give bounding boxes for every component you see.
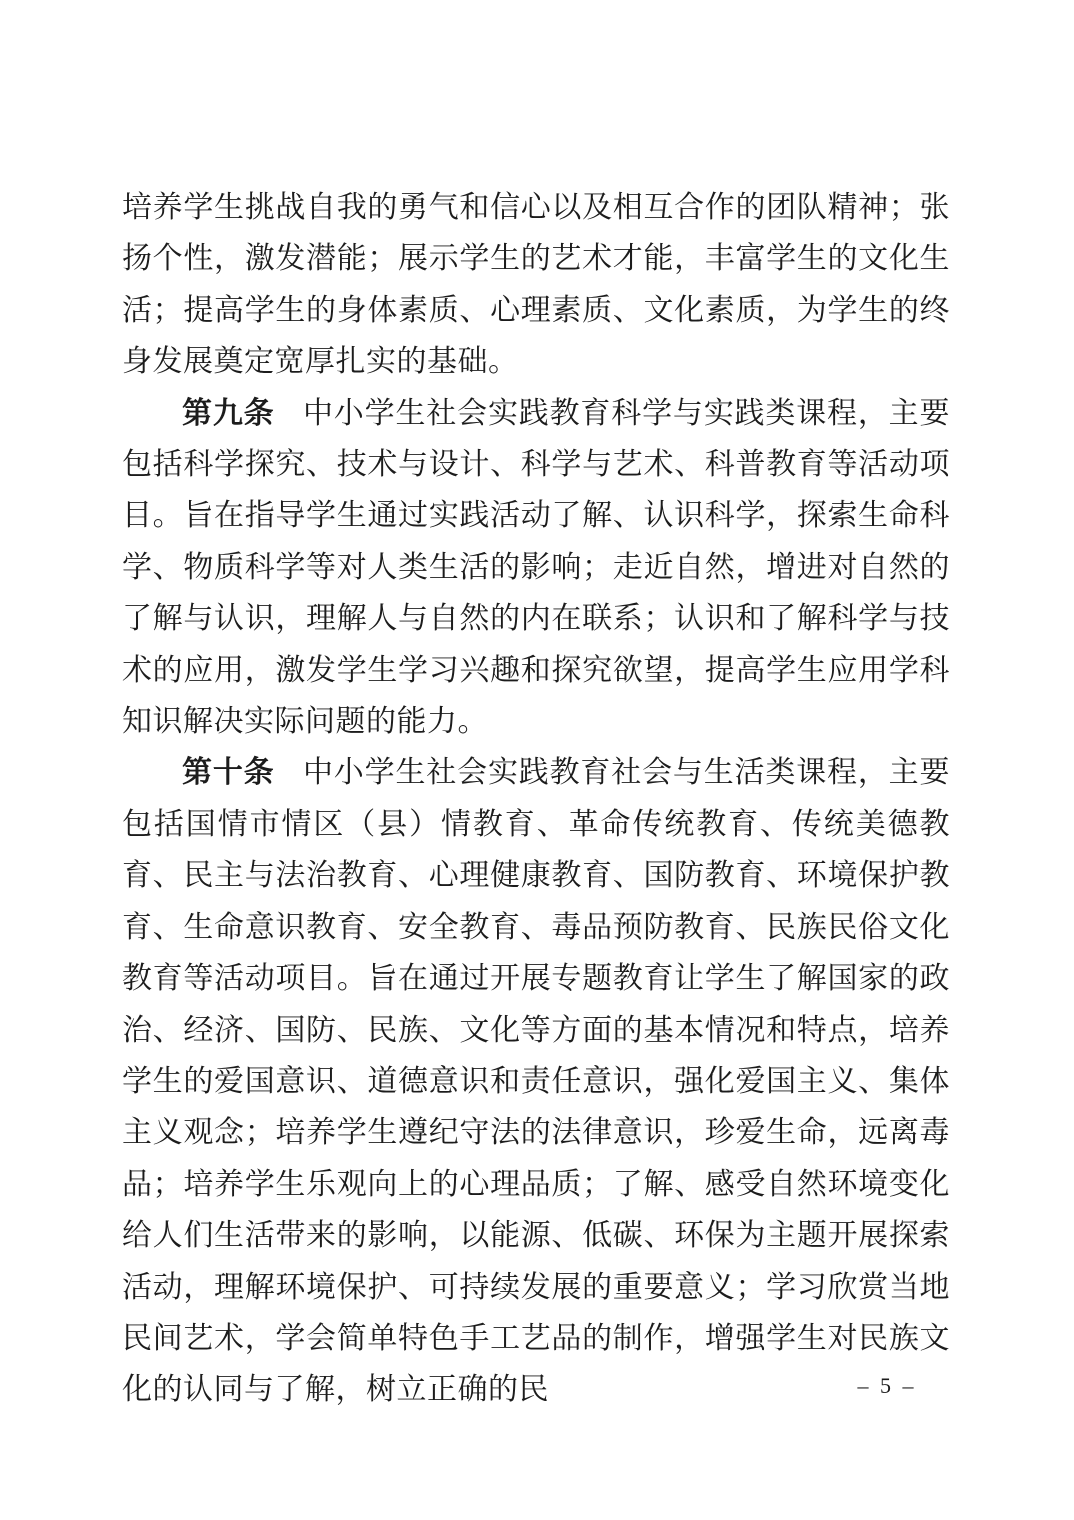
paragraph-article-10: 第十条中小学生社会实践教育社会与生活类课程，主要包括国情市情区（县）情教育、革命… [122, 747, 950, 1415]
paragraph-text: 培养学生挑战自我的勇气和信心以及相互合作的团队精神；张扬个性，激发潜能；展示学生… [122, 191, 950, 378]
article-number: 第九条 [182, 397, 274, 430]
article-number: 第十条 [182, 756, 274, 789]
paragraph-text: 中小学生社会实践教育科学与实践类课程，主要包括科学探究、技术与设计、科学与艺术、… [122, 397, 950, 738]
page-number: – 5 – [812, 1372, 962, 1400]
document-body: 培养学生挑战自我的勇气和信心以及相互合作的团队精神；张扬个性，激发潜能；展示学生… [122, 182, 950, 1416]
paragraph: 培养学生挑战自我的勇气和信心以及相互合作的团队精神；张扬个性，激发潜能；展示学生… [122, 182, 950, 388]
paragraph-article-9: 第九条中小学生社会实践教育科学与实践类课程，主要包括科学探究、技术与设计、科学与… [122, 388, 950, 748]
document-page: 培养学生挑战自我的勇气和信心以及相互合作的团队精神；张扬个性，激发潜能；展示学生… [0, 0, 1074, 1520]
paragraph-text: 中小学生社会实践教育社会与生活类课程，主要包括国情市情区（县）情教育、革命传统教… [122, 756, 950, 1406]
